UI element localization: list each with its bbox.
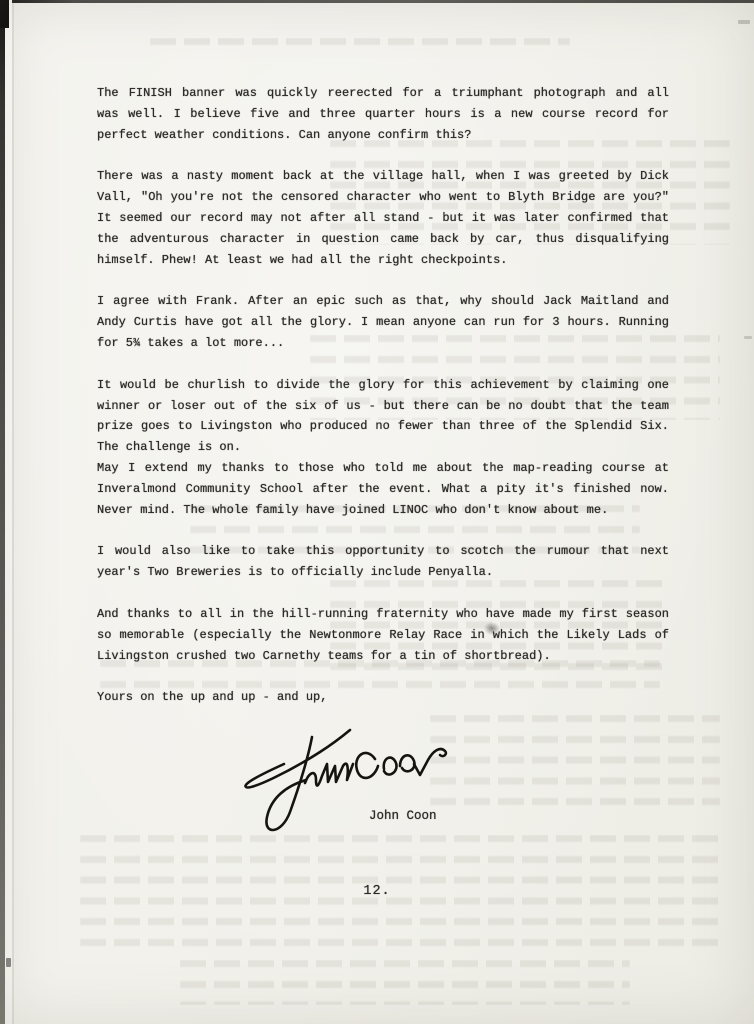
bleedthrough-artifact: [150, 38, 570, 56]
paragraph: I agree with Frank. After an epic such a…: [97, 291, 669, 353]
scan-speck: [6, 958, 11, 967]
paragraph: The FINISH banner was quickly reerected …: [97, 83, 669, 145]
text-line: the adventurous character in question ca…: [97, 229, 669, 250]
text-line: Vall, "Oh you're not the censored charac…: [97, 187, 669, 208]
text-line: prize goes to Livingston who produced no…: [97, 416, 669, 437]
bleedthrough-artifact: [430, 715, 720, 810]
scan-speck: [738, 20, 750, 24]
text-line: The challenge is on.: [97, 437, 669, 458]
scan-speck: [744, 336, 752, 339]
typed-signature-name: John Coon: [369, 806, 437, 826]
text-line: Livingston crushed two Carnethy teams fo…: [97, 646, 669, 667]
paragraph: There was a nasty moment back at the vil…: [97, 166, 669, 270]
text-line: Andy Curtis have got all the glory. I me…: [97, 312, 669, 333]
text-line: winner or loser out of the six of us - b…: [97, 396, 669, 417]
letter-body: The FINISH banner was quickly reerected …: [97, 83, 669, 708]
ink-smudge: [484, 622, 500, 635]
paragraph: And thanks to all in the hill-running fr…: [97, 604, 669, 666]
text-line: It seemed our record may not after all s…: [97, 208, 669, 229]
text-line: Inveralmond Community School after the e…: [97, 479, 669, 500]
scan-corner-mark: [0, 0, 9, 28]
paragraph: May I extend my thanks to those who told…: [97, 458, 669, 520]
paragraph: It would be churlish to divide the glory…: [97, 375, 669, 458]
text-line: May I extend my thanks to those who told…: [97, 458, 669, 479]
scan-edge-left-line: [12, 0, 14, 1024]
text-line: I would also like to take this opportuni…: [97, 541, 669, 562]
text-line: year's Two Breweries is to officially in…: [97, 562, 669, 583]
scanned-letter-page: The FINISH banner was quickly reerected …: [0, 0, 754, 1024]
text-line: I agree with Frank. After an epic such a…: [97, 291, 669, 312]
text-line: The FINISH banner was quickly reerected …: [97, 83, 669, 104]
text-line: so memorable (especially the Newtonmore …: [97, 625, 669, 646]
scan-edge-left-highlight: [5, 0, 12, 1024]
page-number: 12.: [0, 884, 754, 899]
text-line: himself. Phew! At least we had all the r…: [97, 250, 669, 271]
bleedthrough-artifact: [180, 960, 630, 1005]
scan-edge-top: [0, 0, 754, 3]
valediction: Yours on the up and up - and up,: [97, 687, 669, 708]
text-line: was well. I believe five and three quart…: [97, 104, 669, 125]
text-line: for 5¾ takes a lot more...: [97, 333, 669, 354]
text-line: It would be churlish to divide the glory…: [97, 375, 669, 396]
paragraph: I would also like to take this opportuni…: [97, 541, 669, 583]
text-line: Never mind. The whole family have joined…: [97, 500, 669, 521]
text-line: perfect weather conditions. Can anyone c…: [97, 125, 669, 146]
text-line: There was a nasty moment back at the vil…: [97, 166, 669, 187]
text-line: And thanks to all in the hill-running fr…: [97, 604, 669, 625]
